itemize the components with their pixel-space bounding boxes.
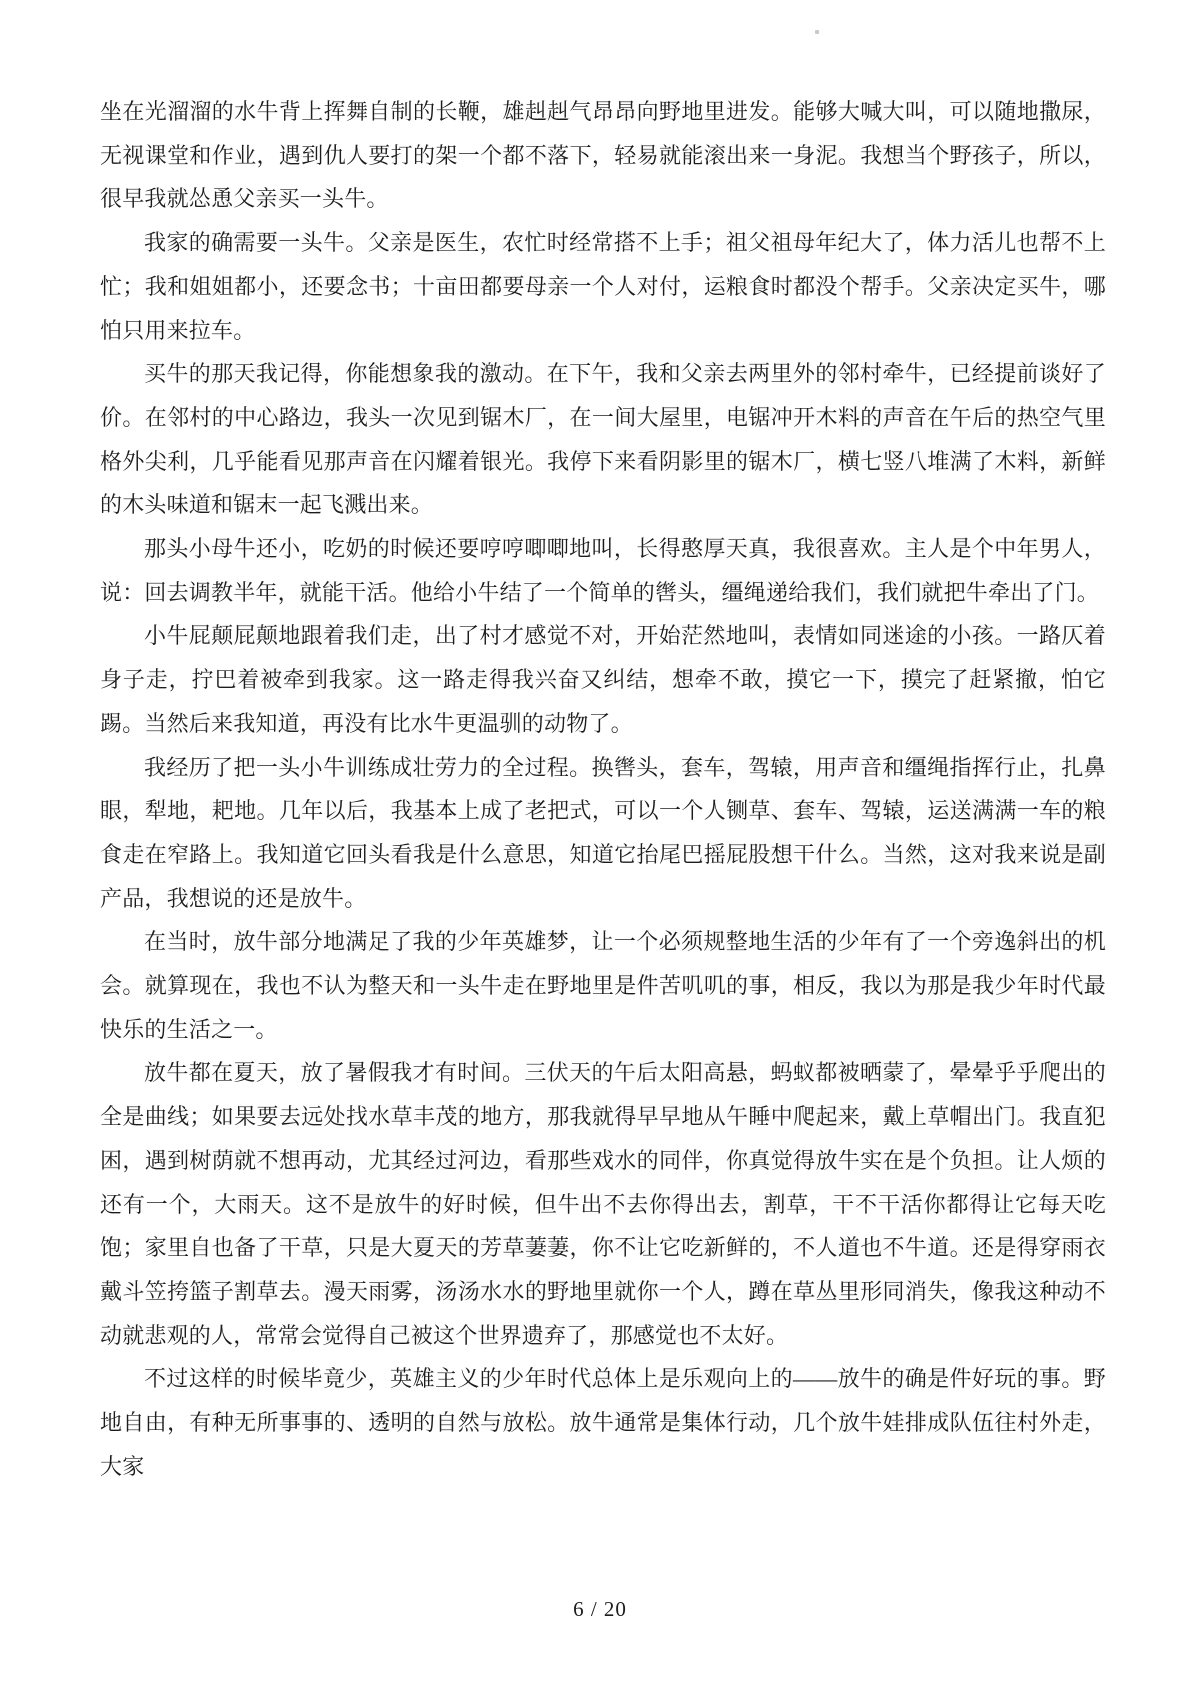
paragraph: 我经历了把一头小牛训练成壮劳力的全过程。换辔头，套车，驾辕，用声音和缰绳指挥行止… <box>100 746 1106 921</box>
paragraph: 放牛都在夏天，放了暑假我才有时间。三伏天的午后太阳高悬，蚂蚁都被晒蒙了，晕晕乎乎… <box>100 1051 1106 1357</box>
paragraph: 坐在光溜溜的水牛背上挥舞自制的长鞭，雄赳赳气昂昂向野地里进发。能够大喊大叫，可以… <box>100 90 1106 221</box>
paragraph: 那头小母牛还小，吃奶的时候还要哼哼唧唧地叫，长得憨厚天真，我很喜欢。主人是个中年… <box>100 527 1106 614</box>
paragraph: 小牛屁颠屁颠地跟着我们走，出了村才感觉不对，开始茫然地叫，表情如同迷途的小孩。一… <box>100 614 1106 745</box>
article-body: 坐在光溜溜的水牛背上挥舞自制的长鞭，雄赳赳气昂昂向野地里进发。能够大喊大叫，可以… <box>100 90 1106 1489</box>
page-number: 6 / 20 <box>0 1597 1200 1622</box>
paragraph: 在当时，放牛部分地满足了我的少年英雄梦，让一个必须规整地生活的少年有了一个旁逸斜… <box>100 920 1106 1051</box>
scan-artifact-dot <box>815 30 819 34</box>
paragraph: 不过这样的时候毕竟少，英雄主义的少年时代总体上是乐观向上的——放牛的确是件好玩的… <box>100 1357 1106 1488</box>
paragraph: 我家的确需要一头牛。父亲是医生，农忙时经常搭不上手；祖父祖母年纪大了，体力活儿也… <box>100 221 1106 352</box>
paragraph: 买牛的那天我记得，你能想象我的激动。在下午，我和父亲去两里外的邻村牵牛，已经提前… <box>100 352 1106 527</box>
document-page: 坐在光溜溜的水牛背上挥舞自制的长鞭，雄赳赳气昂昂向野地里进发。能够大喊大叫，可以… <box>0 0 1200 1697</box>
